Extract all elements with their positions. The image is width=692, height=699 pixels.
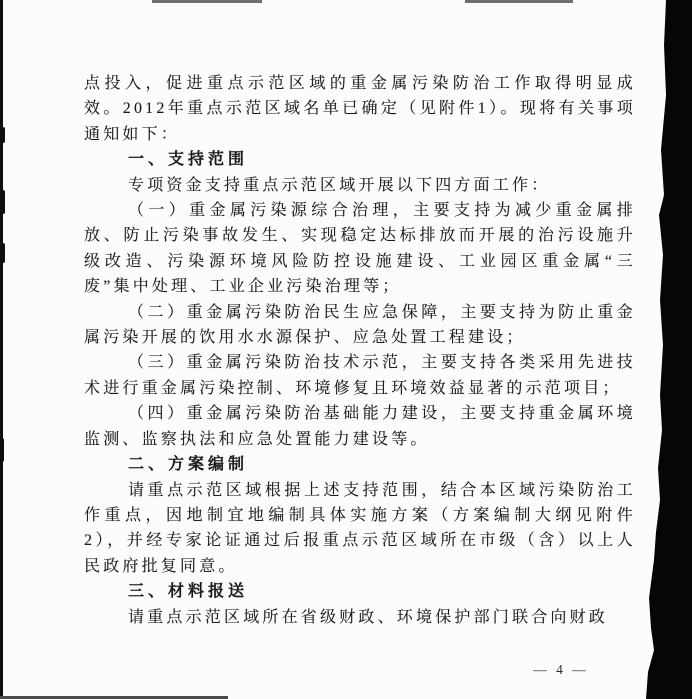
scan-edge-right xyxy=(646,0,692,699)
section-heading: 一、支持范围 xyxy=(84,147,636,172)
paragraph: 请重点示范区域根据上述支持范围，结合本区域污染防治工作重点，因地制宜地编制具体实… xyxy=(84,478,636,580)
scan-edge-top-segment xyxy=(465,0,573,3)
scan-speck xyxy=(0,243,5,263)
paragraph: 请重点示范区域所在省级财政、环境保护部门联合向财政 xyxy=(84,605,636,630)
section-heading: 二、方案编制 xyxy=(84,452,636,477)
scan-edge-left xyxy=(0,0,3,699)
paragraph: （三）重金属污染防治技术示范，主要支持各类采用先进技术进行重金属污染控制、环境修… xyxy=(84,350,636,401)
scan-edge-top-segment xyxy=(152,0,262,3)
section-heading: 三、材料报送 xyxy=(84,579,636,604)
paragraph: 点投入，促进重点示范区域的重金属污染防治工作取得明显成效。2012年重点示范区域… xyxy=(84,71,636,147)
paragraph: 专项资金支持重点示范区域开展以下四方面工作： xyxy=(84,173,636,198)
page-number: — 4 — xyxy=(516,662,606,678)
paragraph: （二）重金属污染防治民生应急保障，主要支持为防止重金属污染开展的饮用水水源保护、… xyxy=(84,300,636,351)
paragraph: （四）重金属污染防治基础能力建设，主要支持重金属环境监测、监察执法和应急处置能力… xyxy=(84,401,636,452)
document-body: 点投入，促进重点示范区域的重金属污染防治工作取得明显成效。2012年重点示范区域… xyxy=(84,71,636,630)
paragraph: （一）重金属污染源综合治理，主要支持为减少重金属排放、防止污染事故发生、实现稳定… xyxy=(84,198,636,300)
scan-speck xyxy=(0,190,5,214)
scan-speck xyxy=(0,438,4,462)
scanned-document-page: 点投入，促进重点示范区域的重金属污染防治工作取得明显成效。2012年重点示范区域… xyxy=(0,0,692,699)
scan-speck xyxy=(0,127,5,143)
